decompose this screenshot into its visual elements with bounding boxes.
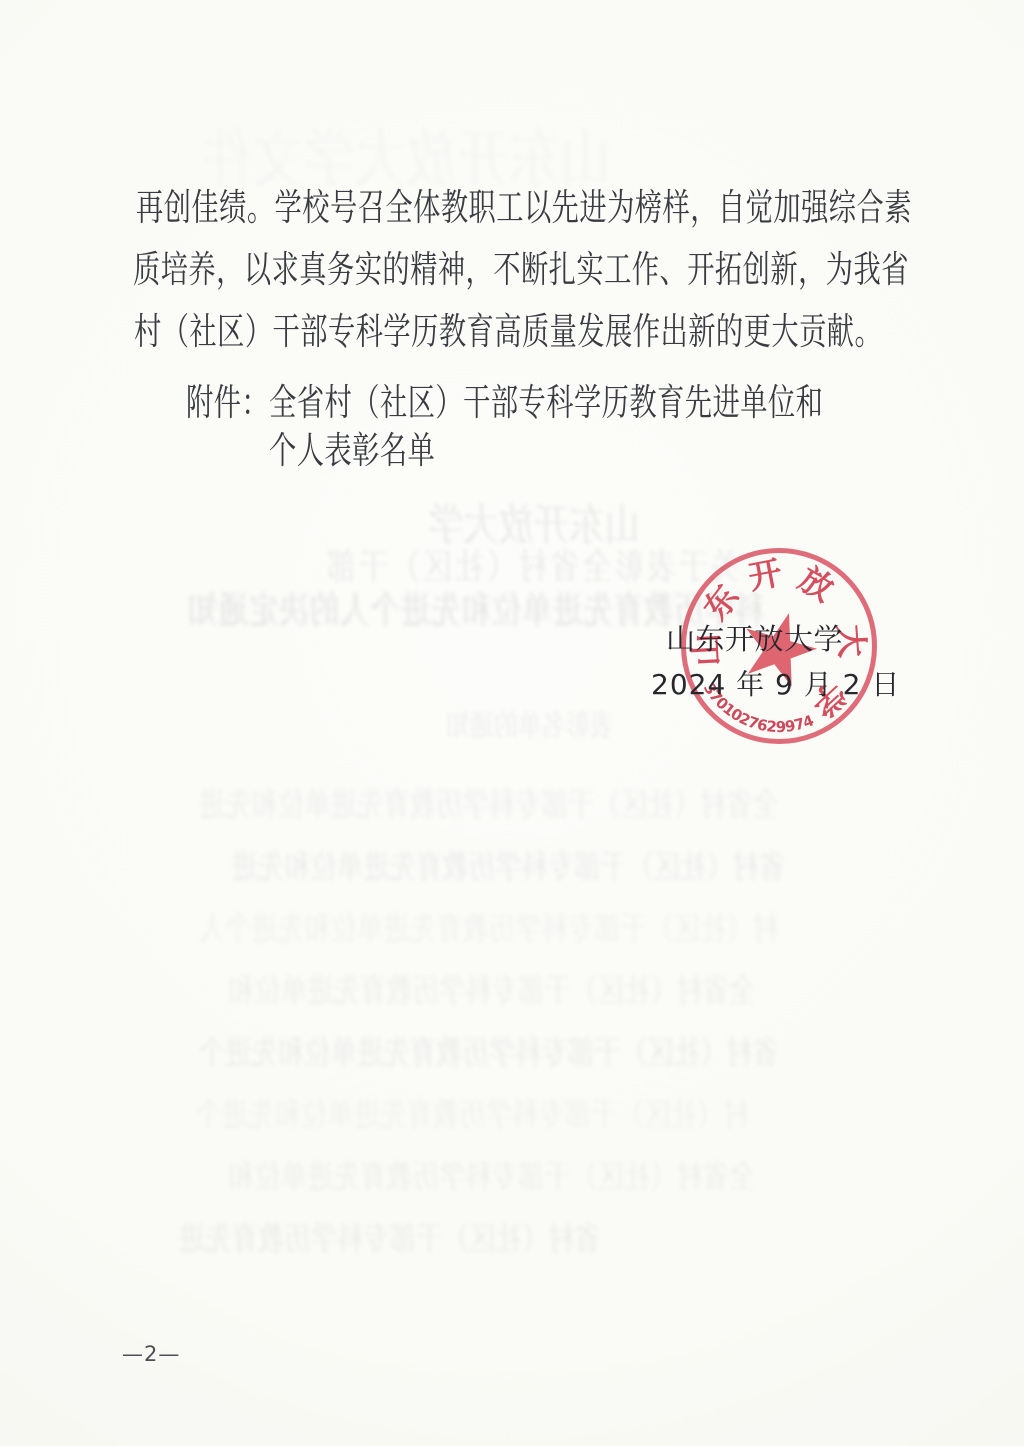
issuer-signature: 山东开放大学	[666, 617, 843, 658]
attachment-line-1: 附件：全省村（社区）干部专科学历教育先进单位和	[186, 384, 1024, 421]
bleedthrough-body-line: 省村（社区）干部专科学历教育先进单位和先进	[162, 850, 855, 883]
bleedthrough-body-line-text: 全省村（社区）干部专科学历教育先进单位和	[228, 1160, 756, 1193]
bleedthrough-body-line: 省村（社区）干部专科学历教育先进单位和先进个	[126, 1036, 852, 1069]
attachment-line-2-text: 个人表彰名单	[269, 432, 435, 469]
paragraph-line-2-text: 质培养，以求真务实的精神，不断扎实工作、开拓创新，为我省	[133, 251, 909, 288]
bleedthrough-body-line: 村（社区）干部专科学历教育先进单位和先进个人	[126, 912, 852, 945]
paragraph-line-1: 再创佳绩。学校号召全体教职工以先进为榜样，自觉加强综合素	[136, 189, 1024, 226]
bleedthrough-body-line-text: 全省村（社区）干部专科学历教育先进单位和	[228, 974, 756, 1007]
bleedthrough-body-line-text: 村（社区）干部专科学历教育先进单位和先进个	[195, 1098, 749, 1131]
paragraph-line-2: 质培养，以求真务实的精神，不断扎实工作、开拓创新，为我省	[133, 251, 1024, 288]
bleedthrough-body-line: 全省村（社区）干部专科学历教育先进单位和	[162, 974, 822, 1007]
bleedthrough-header: 山东开放大学文件	[150, 128, 662, 192]
bleedthrough-body-line: 全省村（社区）干部专科学历教育先进单位和	[162, 1160, 822, 1193]
bleedthrough-body-line-text: 省村（社区）干部专科学历教育先进单位和先进	[231, 850, 785, 883]
bleedthrough-body-line-text: 全省村（社区）干部专科学历教育先进单位和先进	[199, 788, 780, 821]
bleedthrough-title-2-text: 关于表彰全省村（社区）干部	[324, 550, 740, 586]
paragraph-line-3: 村（社区）干部专科学历教育高质量发展作出新的更大贡献。	[134, 313, 1024, 350]
page-number: —2—	[122, 1342, 180, 1366]
bleedthrough-body-line: 全省村（社区）干部专科学历教育先进单位和先进	[126, 788, 852, 821]
bleedthrough-title-line-1: 山东开放大学	[402, 504, 666, 548]
paragraph-line-1-text: 再创佳绩。学校号召全体教职工以先进为榜样，自觉加强综合素	[136, 189, 912, 226]
bleedthrough-under-seal-text: 表彰名单的通知	[446, 712, 614, 742]
bleedthrough-body-line: 省村（社区）干部专科学历教育先进	[126, 1222, 654, 1255]
bleedthrough-header-text: 山东开放大学文件	[201, 128, 611, 192]
bleedthrough-body-line-text: 省村（社区）干部专科学历教育先进	[179, 1222, 601, 1255]
bleedthrough-body-line-text: 村（社区）干部专科学历教育先进单位和先进个人	[199, 912, 780, 945]
attachment-line-1-text: 附件：全省村（社区）干部专科学历教育先进单位和	[186, 384, 823, 421]
bleedthrough-title-1-text: 山东开放大学	[428, 504, 639, 548]
attachment-line-2: 个人表彰名单	[269, 432, 495, 469]
scanned-document-page: 山东开放大学文件 山东开放大学 关于表彰全省村（社区）干部 科学历教育先进单位和…	[0, 0, 1024, 1446]
bleedthrough-line-under-seal: 表彰名单的通知	[425, 712, 635, 742]
issue-date: 2024 年 9 月 2 日	[651, 663, 900, 703]
bleedthrough-body-line-text: 省村（社区）干部专科学历教育先进单位和先进个	[199, 1036, 780, 1069]
paragraph-line-3-text: 村（社区）干部专科学历教育高质量发展作出新的更大贡献。	[134, 313, 882, 350]
bleedthrough-body-line: 村（社区）干部专科学历教育先进单位和先进个	[126, 1098, 819, 1131]
